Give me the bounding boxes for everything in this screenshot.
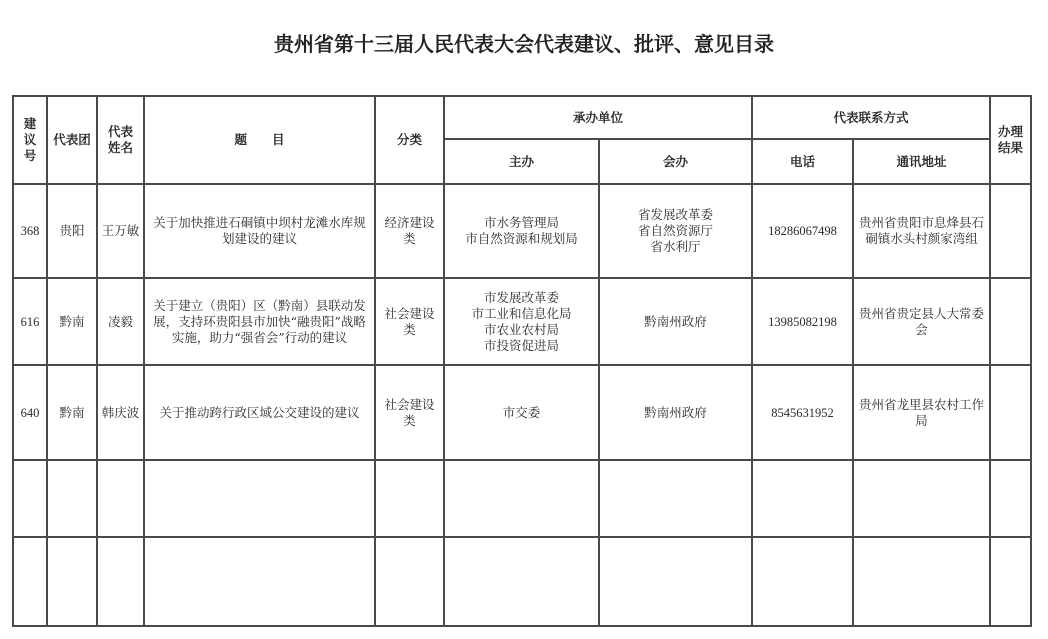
empty-cell [752,537,853,626]
cell-phone: 13985082198 [752,278,853,365]
table-row: 368 贵阳 王万敏 关于加快推进石硐镇中坝村龙滩水库规划建设的建议 经济建设类… [13,184,1031,278]
header-address: 通讯地址 [853,139,990,184]
empty-cell [13,460,47,537]
cell-co: 黔南州政府 [599,278,752,365]
header-id: 建 议 号 [13,96,47,184]
empty-cell [144,460,375,537]
cell-topic: 关于推动跨行政区域公交建设的建议 [144,365,375,460]
document-title: 贵州省第十三届人民代表大会代表建议、批评、意见目录 [0,28,1048,57]
header-main: 主办 [444,139,599,184]
empty-cell [13,537,47,626]
table-row: 640 黔南 韩庆波 关于推动跨行政区域公交建设的建议 社会建设类 市交委 黔南… [13,365,1031,460]
cell-topic: 关于建立（贵阳）区（黔南）县联动发展，支持环贵阳县市加快“融贵阳”战略实施，助力… [144,278,375,365]
cell-category: 社会建设类 [375,365,444,460]
header-topic: 题 目 [144,96,375,184]
cell-name: 王万敏 [97,184,144,278]
cell-phone: 8545631952 [752,365,853,460]
cell-id: 640 [13,365,47,460]
cell-name: 韩庆波 [97,365,144,460]
empty-cell [599,537,752,626]
cell-delegation: 贵阳 [47,184,97,278]
cell-delegation: 黔南 [47,278,97,365]
empty-row [13,460,1031,537]
empty-cell [144,537,375,626]
cell-co: 黔南州政府 [599,365,752,460]
empty-cell [97,460,144,537]
cell-main: 市交委 [444,365,599,460]
cell-id: 616 [13,278,47,365]
cell-name: 凌毅 [97,278,144,365]
header-name: 代表 姓名 [97,96,144,184]
empty-cell [375,537,444,626]
header-result: 办理 结果 [990,96,1031,184]
cell-category: 社会建设类 [375,278,444,365]
cell-main: 市发展改革委 市工业和信息化局 市农业农村局 市投资促进局 [444,278,599,365]
empty-cell [444,537,599,626]
empty-cell [444,460,599,537]
table-row: 616 黔南 凌毅 关于建立（贵阳）区（黔南）县联动发展，支持环贵阳县市加快“融… [13,278,1031,365]
proposal-table: 建 议 号 代表团 代表 姓名 题 目 分类 承办单位 代表联系方式 办理 结果… [12,95,1032,627]
empty-cell [97,537,144,626]
empty-cell [853,460,990,537]
cell-result [990,184,1031,278]
empty-row [13,537,1031,626]
empty-cell [47,537,97,626]
empty-cell [599,460,752,537]
empty-cell [990,460,1031,537]
header-delegation: 代表团 [47,96,97,184]
cell-co: 省发展改革委 省自然资源厅 省水利厅 [599,184,752,278]
cell-address: 贵州省贵定县人大常委会 [853,278,990,365]
cell-delegation: 黔南 [47,365,97,460]
cell-result [990,365,1031,460]
cell-category: 经济建设类 [375,184,444,278]
header-co: 会办 [599,139,752,184]
cell-address: 贵州省龙里县农村工作局 [853,365,990,460]
cell-topic: 关于加快推进石硐镇中坝村龙滩水库规划建设的建议 [144,184,375,278]
header-row-1: 建 议 号 代表团 代表 姓名 题 目 分类 承办单位 代表联系方式 办理 结果 [13,96,1031,139]
header-category: 分类 [375,96,444,184]
cell-main: 市水务管理局 市自然资源和规划局 [444,184,599,278]
cell-address: 贵州省贵阳市息烽县石硐镇水头村颜家湾组 [853,184,990,278]
empty-cell [853,537,990,626]
cell-id: 368 [13,184,47,278]
header-phone: 电话 [752,139,853,184]
empty-cell [375,460,444,537]
empty-cell [47,460,97,537]
header-contact: 代表联系方式 [752,96,990,139]
empty-cell [990,537,1031,626]
cell-phone: 18286067498 [752,184,853,278]
cell-result [990,278,1031,365]
header-units: 承办单位 [444,96,752,139]
empty-cell [752,460,853,537]
